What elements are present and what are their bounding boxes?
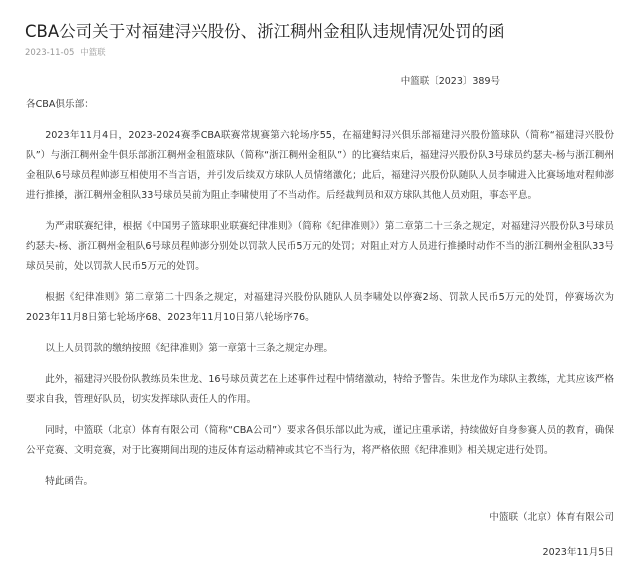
- paragraph-staff-suspension: 根据《纪律准则》第二章第二十四条之规定，对福建浔兴股份队随队人员李啸处以停赛2场…: [26, 288, 614, 328]
- signature-organization: 中篮联（北京）体育有限公司: [489, 509, 614, 523]
- article-meta: 2023-11-05 中篮联: [25, 46, 109, 58]
- article-title: CBA公司关于对福建浔兴股份、浙江稠州金租队违规情况处罚的函: [25, 18, 505, 42]
- paragraph-requirements: 同时，中篮联（北京）体育有限公司（简称“CBA公司”）要求各俱乐部以此为戒，谨记…: [26, 421, 614, 461]
- paragraph-incident: 2023年11月4日，2023-2024赛季CBA联赛常规赛第六轮场序55，在福…: [26, 126, 614, 206]
- paragraph-warning: 此外，福建浔兴股份队教练员朱世龙、16号球员黄艺在上述事件过程中情绪激动，特给予…: [26, 370, 614, 410]
- article-source: 中篮联: [80, 48, 106, 58]
- document-body: 各CBA俱乐部： 2023年11月4日，2023-2024赛季CBA联赛常规赛第…: [26, 95, 614, 503]
- article-date: 2023-11-05: [25, 48, 74, 58]
- paragraph-closing: 特此函告。: [26, 472, 614, 492]
- salutation: 各CBA俱乐部：: [26, 95, 614, 115]
- signature-date: 2023年11月5日: [542, 544, 614, 558]
- document-number: 中篮联〔2023〕389号: [401, 73, 500, 87]
- paragraph-player-penalties: 为严肃联赛纪律，根据《中国男子篮球职业联赛纪律准则》（简称《纪律准则》）第二章第…: [26, 217, 614, 277]
- paragraph-fine-payment: 以上人员罚款的缴纳按照《纪律准则》第一章第十三条之规定办理。: [26, 339, 614, 359]
